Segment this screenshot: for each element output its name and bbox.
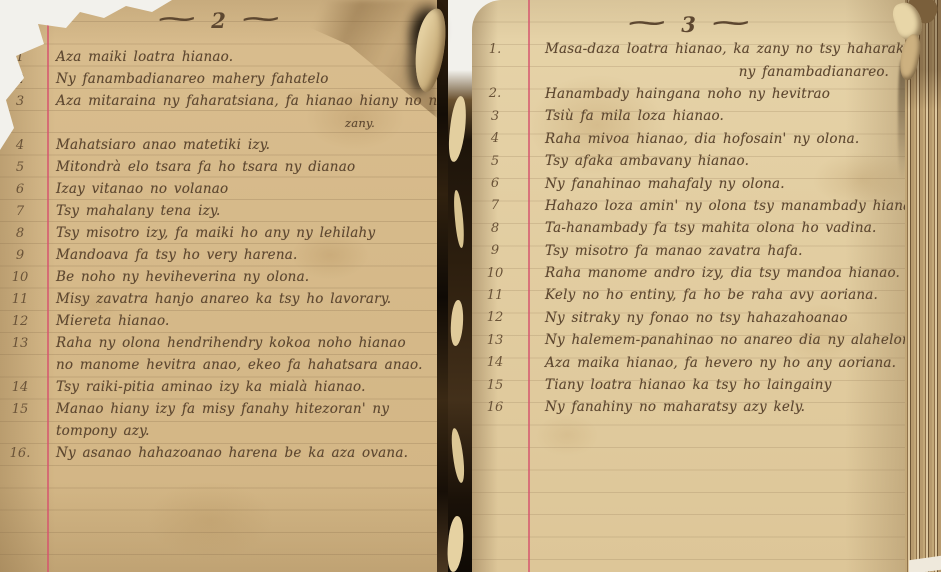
line-text: Ny asanao hahazoanao harena be ka aza ov… xyxy=(56,445,408,461)
line-number: 13 xyxy=(0,336,40,351)
manuscript-line: 12Miereta hianao. xyxy=(0,310,437,332)
line-text: Tsy misotro izy, fa maiki ho any ny lehi… xyxy=(56,225,375,241)
line-number: 16. xyxy=(0,446,40,461)
line-text: Be noho ny heviheverina ny olona. xyxy=(56,269,309,285)
manuscript-line: 9Mandoava fa tsy ho very harena. xyxy=(0,244,437,266)
bottom-edge-sliver xyxy=(909,556,941,572)
line-text: Tsy misotro fa manao zavatra hafa. xyxy=(545,243,803,259)
manuscript-line: 1.Masa-daza loatra hianao, ka zany no ts… xyxy=(472,38,905,60)
right-page-lines: 1.Masa-daza loatra hianao, ka zany no ts… xyxy=(472,38,905,419)
line-number: 3 xyxy=(0,94,40,109)
line-number: 8 xyxy=(472,221,518,236)
line-number: 2. xyxy=(472,86,518,101)
line-number: 10 xyxy=(472,266,518,281)
line-number: 2 xyxy=(0,72,40,87)
line-number: 4 xyxy=(0,138,40,153)
line-number: 11 xyxy=(472,288,518,303)
line-text: Tsy afaka ambavany hianao. xyxy=(545,153,749,169)
manuscript-line: 11Misy zavatra hanjo anareo ka tsy ho la… xyxy=(0,288,437,310)
line-number: 9 xyxy=(0,248,40,263)
manuscript-line: 3Aza mitaraina ny faharatsiana, fa hiana… xyxy=(0,90,437,112)
line-number: 7 xyxy=(472,198,518,213)
manuscript-line: 16Ny fanahiny no maharatsy azy kely. xyxy=(472,396,905,418)
manuscript-line: 16.Ny asanao hahazoanao harena be ka aza… xyxy=(0,442,437,464)
line-number: 15 xyxy=(0,402,40,417)
page-number: 3 xyxy=(681,12,696,37)
line-text: Manao hiany izy fa misy fanahy hitezoran… xyxy=(56,401,389,417)
line-text: Ny sitraky ny fonao no tsy hahazahoanao xyxy=(545,310,848,326)
line-text: ny fanambadianareo. xyxy=(739,64,889,80)
manuscript-line: 2.Hanambady haingana noho ny hevitrao xyxy=(472,83,905,105)
manuscript-line: 2Ny fanambadianareo mahery fahatelo xyxy=(0,68,437,90)
manuscript-line-continuation: no manome hevitra anao, ekeo fa hahatsar… xyxy=(0,354,437,376)
line-text: zany. xyxy=(345,116,375,130)
line-number: 9 xyxy=(472,243,518,258)
manuscript-line: 9Tsy misotro fa manao zavatra hafa. xyxy=(472,240,905,262)
manuscript-line: 15Tiany loatra hianao ka tsy ho laingain… xyxy=(472,374,905,396)
gutter-shadow-band xyxy=(437,0,448,572)
manuscript-line: 10Be noho ny heviheverina ny olona. xyxy=(0,266,437,288)
swash-ornament-right: ~ xyxy=(708,10,754,35)
page-edge-stack xyxy=(905,0,941,572)
line-text: Mitondrà elo tsara fa ho tsara ny dianao xyxy=(56,159,355,175)
line-text: Tsy mahalany tena izy. xyxy=(56,203,220,219)
page-3-heading: ~ 3 ~ xyxy=(472,12,905,37)
line-text: Izay vitanao no volanao xyxy=(56,181,228,197)
line-number: 14 xyxy=(0,380,40,395)
manuscript-line: 8Ta-hanambady fa tsy mahita olona ho vad… xyxy=(472,217,905,239)
line-number: 6 xyxy=(472,176,518,191)
line-text: Miereta hianao. xyxy=(56,313,170,329)
line-text: Aza maika hianao, fa hevero ny ho any ao… xyxy=(545,355,896,371)
manuscript-line: 13Raha ny olona hendrihendry kokoa noho … xyxy=(0,332,437,354)
line-text: Hanambady haingana noho ny hevitrao xyxy=(545,86,830,102)
right-page: ~ 3 ~ 1.Masa-daza loatra hianao, ka zany… xyxy=(472,0,905,572)
line-text: Ta-hanambady fa tsy mahita olona ho vadi… xyxy=(545,220,877,236)
manuscript-line-continuation: tompony azy. xyxy=(0,420,437,442)
line-text: Ny fanahinao mahafaly ny olona. xyxy=(545,176,785,192)
manuscript-line: 4Raha mivoa hianao, dia hofosain' ny olo… xyxy=(472,128,905,150)
line-text: Raha mivoa hianao, dia hofosain' ny olon… xyxy=(545,131,859,147)
notebook-scan: { "colors":{ "paper_left":"#d9bd8e", "pa… xyxy=(0,0,941,572)
manuscript-line: 7Tsy mahalany tena izy. xyxy=(0,200,437,222)
line-number: 15 xyxy=(472,378,518,393)
line-text: Raha ny olona hendrihendry kokoa noho hi… xyxy=(56,335,406,351)
line-text: no manome hevitra anao, ekeo fa hahatsar… xyxy=(56,357,423,373)
line-text: Tsy raiki-pitia aminao izy ka mialà hian… xyxy=(56,379,366,395)
manuscript-line: 5Tsy afaka ambavany hianao. xyxy=(472,150,905,172)
manuscript-line: 6Izay vitanao no volanao xyxy=(0,178,437,200)
line-text: Mahatsiaro anao matetiki izy. xyxy=(56,137,270,153)
line-number: 12 xyxy=(472,310,518,325)
line-text: Masa-daza loatra hianao, ka zany no tsy … xyxy=(545,41,905,57)
line-text: Aza maiki loatra hianao. xyxy=(56,49,233,65)
line-text: Tiany loatra hianao ka tsy ho laingainy xyxy=(545,377,832,393)
left-page: ~ 2 ~ 1Aza maiki loatra hianao. 2Ny fana… xyxy=(0,0,437,572)
line-number: 4 xyxy=(472,131,518,146)
manuscript-line: 4Mahatsiaro anao matetiki izy. xyxy=(0,134,437,156)
line-text: Aza mitaraina ny faharatsiana, fa hianao… xyxy=(56,93,437,109)
line-text: Tsiù fa mila loza hianao. xyxy=(545,108,724,124)
swash-ornament-left: ~ xyxy=(623,10,669,35)
manuscript-line: 5Mitondrà elo tsara fa ho tsara ny diana… xyxy=(0,156,437,178)
line-number: 10 xyxy=(0,270,40,285)
gutter-mixed-band xyxy=(448,0,472,572)
line-text: Raha manome andro izy, dia tsy mandoa hi… xyxy=(545,265,900,281)
line-number: 11 xyxy=(0,292,40,307)
manuscript-line: 12Ny sitraky ny fonao no tsy hahazahoana… xyxy=(472,307,905,329)
line-text: Kely no ho entiny, fa ho be raha avy aor… xyxy=(545,287,878,303)
manuscript-line: 13Ny halemem-panahinao no anareo dia ny … xyxy=(472,329,905,351)
line-text: Ny halemem-panahinao no anareo dia ny al… xyxy=(545,332,905,348)
line-text: Ny fanahiny no maharatsy azy kely. xyxy=(545,399,805,415)
page-number: 2 xyxy=(211,8,226,33)
line-number: 13 xyxy=(472,333,518,348)
line-text: tompony azy. xyxy=(56,423,150,439)
line-number: 1. xyxy=(472,42,518,57)
line-text: Hahazo loza amin' ny olona tsy manambady… xyxy=(545,198,905,214)
manuscript-line: 3Tsiù fa mila loza hianao. xyxy=(472,105,905,127)
swash-ornament-left: ~ xyxy=(153,6,199,31)
line-number: 6 xyxy=(0,182,40,197)
line-number: 5 xyxy=(472,154,518,169)
line-text: Mandoava fa tsy ho very harena. xyxy=(56,247,297,263)
manuscript-line: 15Manao hiany izy fa misy fanahy hitezor… xyxy=(0,398,437,420)
manuscript-line-continuation: ny fanambadianareo. xyxy=(472,60,905,82)
binding-gutter xyxy=(437,0,472,572)
line-text: Ny fanambadianareo mahery fahatelo xyxy=(56,71,329,87)
line-number: 3 xyxy=(472,109,518,124)
line-number: 12 xyxy=(0,314,40,329)
manuscript-line: 14Aza maika hianao, fa hevero ny ho any … xyxy=(472,351,905,373)
line-text: Misy zavatra hanjo anareo ka tsy ho lavo… xyxy=(56,291,391,307)
manuscript-line: 14Tsy raiki-pitia aminao izy ka mialà hi… xyxy=(0,376,437,398)
left-page-lines: 1Aza maiki loatra hianao. 2Ny fanambadia… xyxy=(0,46,437,464)
line-number: 14 xyxy=(472,355,518,370)
line-number: 8 xyxy=(0,226,40,241)
manuscript-line: 10Raha manome andro izy, dia tsy mandoa … xyxy=(472,262,905,284)
manuscript-line: 8Tsy misotro izy, fa maiki ho any ny leh… xyxy=(0,222,437,244)
manuscript-line: 11Kely no ho entiny, fa ho be raha avy a… xyxy=(472,284,905,306)
line-number: 16 xyxy=(472,400,518,415)
line-number: 7 xyxy=(0,204,40,219)
manuscript-line: 6Ny fanahinao mahafaly ny olona. xyxy=(472,172,905,194)
manuscript-line-continuation: zany. xyxy=(0,112,437,134)
line-number: 1 xyxy=(0,50,40,65)
line-number: 5 xyxy=(0,160,40,175)
manuscript-line: 7Hahazo loza amin' ny olona tsy manambad… xyxy=(472,195,905,217)
